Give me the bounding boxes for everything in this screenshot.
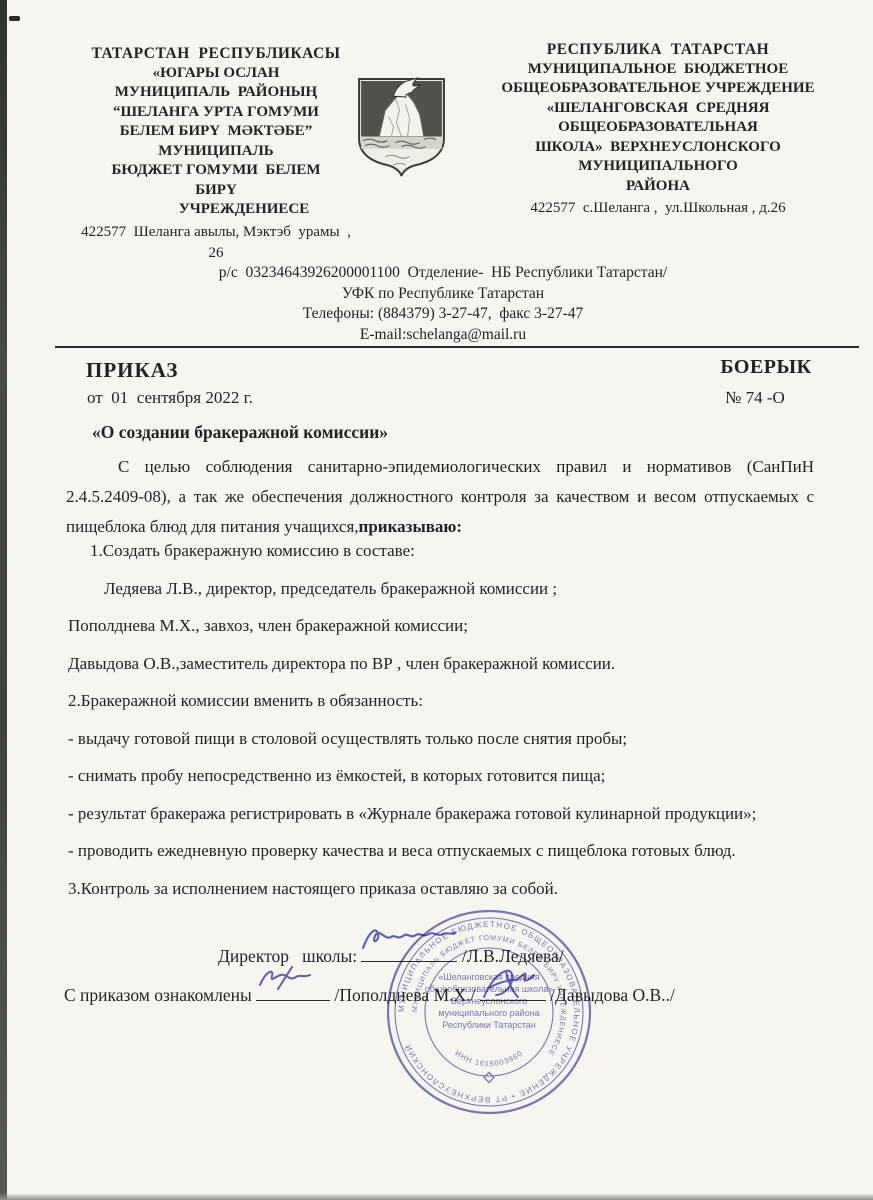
email-line: E-mail:schelanga@mail.ru xyxy=(0,325,873,346)
duty-item: - снимать пробу непосредственно из ёмкос… xyxy=(68,765,816,786)
org-name-line: РЕСПУБЛИКА ТАТАРСТАН xyxy=(456,40,860,60)
commission-member: Пополднева М.Х., завхоз, член бракеражно… xyxy=(68,615,816,636)
bank-account-line: р/с 03234643926200001100 Отделение- НБ Р… xyxy=(0,263,873,284)
commission-member: Давыдова О.В.,заместитель директора по В… xyxy=(68,653,816,674)
org-name-line: МУНИЦИПАЛЬНОЕ БЮДЖЕТНОЕ xyxy=(456,60,860,80)
order-subject: «О создании бракеражной комиссии» xyxy=(92,422,388,443)
stamp-center-line: Верхнеуслонского xyxy=(451,996,527,1006)
org-name-line: МУНИЦИПАЛЬ РАЙОНЫҢ xyxy=(76,83,356,103)
order-title-tatar: БОЕРЫК xyxy=(706,356,826,379)
order-item: 1.Создать бракеражную комиссию в составе… xyxy=(68,540,816,561)
phones-line: Телефоны: (884379) 3-27-47, факс 3-27-47 xyxy=(0,304,873,325)
member2-handwritten-signature xyxy=(252,961,330,993)
duty-item: - проводить ежедневную проверку качества… xyxy=(68,840,816,861)
org-address-tatar: 422577 Шеланга авылы, Мэктэб урамы , 26 xyxy=(76,222,356,264)
scan-speck-artifact xyxy=(9,16,20,21)
stamp-center-line: муниципального района xyxy=(438,1008,539,1018)
duty-item: - выдачу готовой пищи в столовой осущест… xyxy=(68,728,816,749)
org-name-line: ОБЩЕОБРАЗОВАТЕЛЬНАЯ xyxy=(456,118,860,138)
order-item: 3.Контроль за исполнением настоящего при… xyxy=(68,878,816,899)
order-item: 2.Бракеражной комиссии вменить в обязанн… xyxy=(68,690,816,711)
letterhead-russian-block: РЕСПУБЛИКА ТАТАРСТАН МУНИЦИПАЛЬНОЕ БЮДЖЕ… xyxy=(456,40,860,219)
stamp-center-line: «Шеланговская средняя xyxy=(438,972,539,982)
org-name-line: ТАТАРСТАН РЕСПУБЛИКАСЫ xyxy=(76,44,356,64)
org-name-line: ШКОЛА» ВЕРХНЕУСЛОНСКОГО xyxy=(456,138,860,158)
org-name-line: БЮДЖЕТ ГОМУМИ БЕЛЕМ xyxy=(76,161,356,181)
treasury-line: УФК по Республике Татарстан xyxy=(0,284,873,305)
contact-details-block: р/с 03234643926200001100 Отделение- НБ Р… xyxy=(0,263,873,345)
order-body: 1.Создать бракеражную комиссию в составе… xyxy=(68,540,816,915)
letterhead-tatar-block: ТАТАРСТАН РЕСПУБЛИКАСЫ «ЮГАРЫ ОСЛАН МУНИ… xyxy=(76,44,356,264)
order-title-russian: ПРИКАЗ xyxy=(86,358,178,383)
scanned-order-document: ТАТАРСТАН РЕСПУБЛИКАСЫ «ЮГАРЫ ОСЛАН МУНИ… xyxy=(0,0,873,1200)
org-address-russian: 422577 с.Шеланга , ул.Школьная , д.26 xyxy=(456,198,860,219)
org-name-line: «ШЕЛАНГОВСКАЯ СРЕДНЯЯ xyxy=(456,99,860,119)
org-name-line: БИРҮ xyxy=(76,181,356,201)
order-number: № 74 -О xyxy=(700,388,810,408)
scan-edge-artifact-left xyxy=(0,0,7,1200)
coat-of-arms-image xyxy=(355,76,448,179)
org-name-line: МУНИЦИПАЛЬ xyxy=(76,142,356,162)
member2-signature-line xyxy=(256,983,330,1001)
commission-member: Ледяева Л.В., директор, председатель бра… xyxy=(68,578,816,599)
org-name-line: РАЙОНА xyxy=(456,177,860,197)
scan-edge-artifact-bottom xyxy=(0,1193,873,1200)
letterhead-divider-line xyxy=(55,346,859,348)
acknowledged-label: С приказом ознакомлены xyxy=(64,985,252,1005)
stamp-center-line: общеобразовательная школа» xyxy=(425,984,553,994)
prikazyvayu-keyword: приказываю: xyxy=(359,517,463,536)
stamp-center-line: Республики Татарстан xyxy=(442,1020,536,1030)
org-name-line: БЕЛЕМ БИРҮ МӘКТӘБЕ” xyxy=(76,122,356,142)
stamp-inn-text: ИНН 1615003960 xyxy=(453,1048,524,1068)
stamp-diamond-ornament xyxy=(484,1073,494,1083)
org-name-line: УЧРЕЖДЕНИЕСЕ xyxy=(76,200,356,220)
org-name-line: «ЮГАРЫ ОСЛАН xyxy=(76,64,356,84)
org-name-line: ОБЩЕОБРАЗОВАТЕЛЬНОЕ УЧРЕЖДЕНИЕ xyxy=(456,79,860,99)
round-school-stamp: МУНИЦИПАЛЬНОЕ БЮДЖЕТНОЕ ОБЩЕОБРАЗОВАТЕЛЬ… xyxy=(383,906,595,1118)
svg-text:ИНН 1615003960: ИНН 1615003960 xyxy=(453,1048,524,1068)
coat-of-arms-shield xyxy=(355,76,448,179)
org-name-line: “ШЕЛАНГА УРТА ГОМУМИ xyxy=(76,103,356,123)
order-preamble: С целью соблюдения санитарно-эпидемиолог… xyxy=(66,452,814,542)
org-name-line: МУНИЦИПАЛЬНОГО xyxy=(456,157,860,177)
order-date: от 01 сентября 2022 г. xyxy=(87,388,253,408)
duty-item: - результат бракеража регистрировать в «… xyxy=(68,803,816,824)
